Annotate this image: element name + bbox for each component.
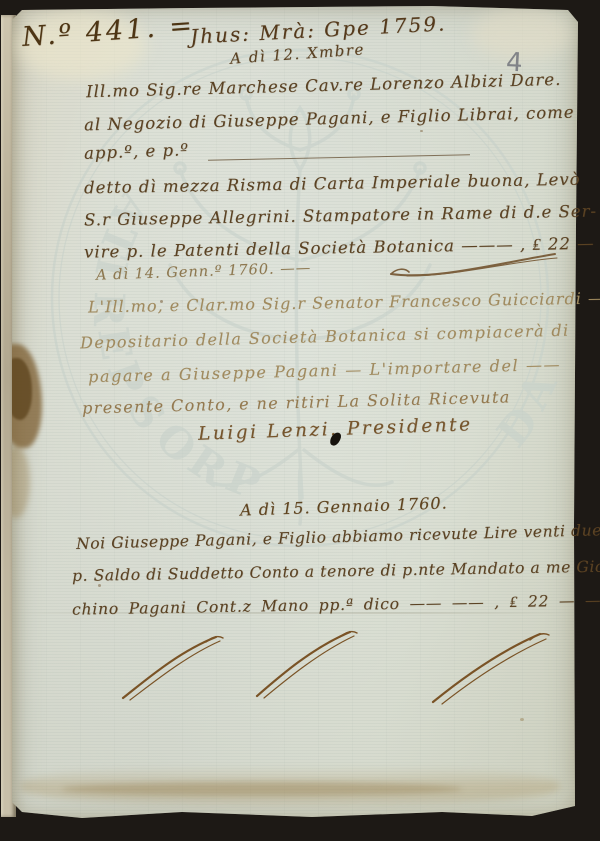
ink-swash-under-amount [385,250,563,280]
paper-speck [420,130,423,132]
cancellation-flourish [118,630,226,704]
cancellation-flourish [252,624,360,702]
account-line: app.º, e p.º [84,140,190,163]
cancellation-flourish [428,626,552,708]
bottom-edge-stain-core [62,782,462,796]
manuscript-scan: P R O S P E R I T A D A N [0,0,600,841]
paper-speck [520,718,524,721]
